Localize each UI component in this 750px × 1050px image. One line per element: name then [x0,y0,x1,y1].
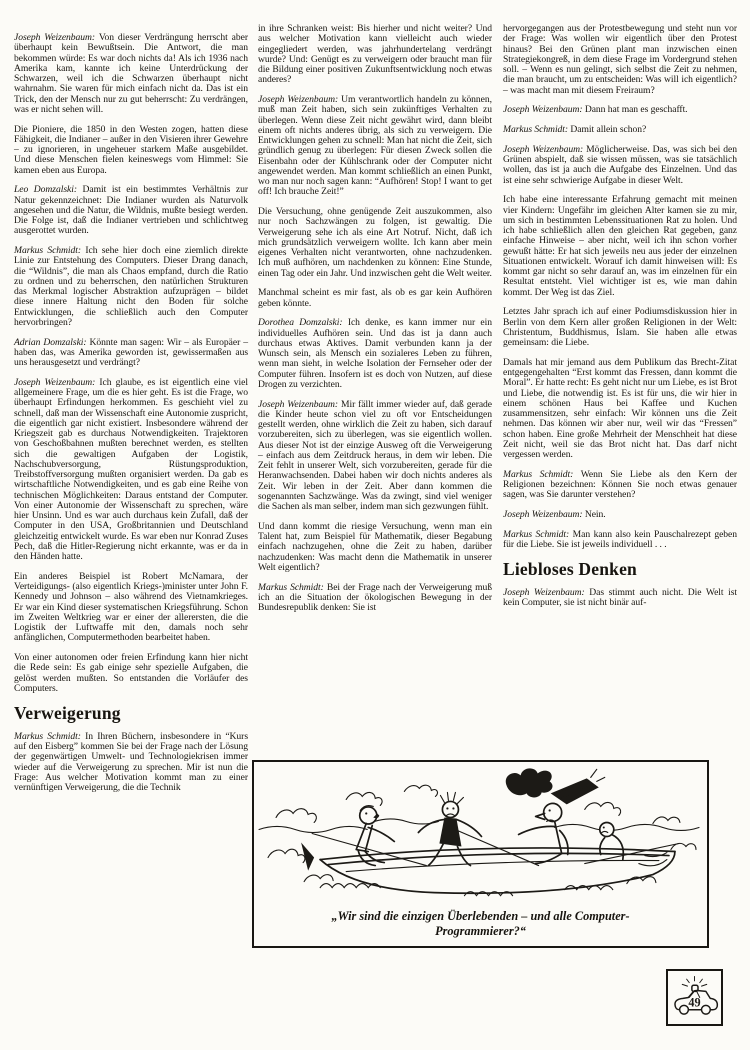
sinking-ship-icon [506,768,605,804]
paragraph-text: Nein. [585,509,606,520]
paragraph: Manchmal scheint es mir fast, als ob es … [258,288,492,309]
paragraph: Joseph Weizenbaum: Nein. [503,510,737,520]
paragraph-text: hervorgegangen aus der Protestbewegung u… [503,23,737,96]
text-column-3: hervorgegangen aus der Protestbewegung u… [503,24,737,618]
page-number: 49 [688,995,700,1009]
text-column-2: in ihre Schranken weist: Bis hierher und… [258,24,492,623]
rowboat-cartoon-drawing [254,762,707,909]
paragraph: Joseph Weizenbaum: Von dieser Verdrängun… [14,33,248,115]
paragraph: Leo Domzalski: Damit ist ein bestimmtes … [14,185,248,236]
page-number-badge: 49 [666,969,723,1026]
section-heading-verweigerung: Verweigerung [14,704,248,723]
cartoon-caption: „Wir sind die einzigen Überlebenden – un… [254,909,707,946]
paragraph-text: in ihre Schranken weist: Bis hierher und… [258,23,492,85]
paragraph: Markus Schmidt: Wenn Sie Liebe als den K… [503,470,737,501]
paragraph-text: Dann hat man es geschafft. [585,104,688,115]
paragraph-text: Ich habe eine interessante Erfahrung gem… [503,194,737,297]
paragraph-text: Die Pioniere, die 1850 in den Westen zog… [14,124,248,176]
paragraph: Joseph Weizenbaum: Dann hat man es gesch… [503,105,737,115]
paragraph-text: Manchmal scheint es mir fast, als ob es … [258,287,492,308]
paragraph: Damals hat mir jemand aus dem Publikum d… [503,358,737,461]
police-car-icon: 49 [670,973,719,1022]
section-heading-liebloses-denken: Liebloses Denken [503,560,737,579]
cartoon-illustration: „Wir sind die einzigen Überlebenden – un… [252,760,709,948]
speaker-name: Markus Schmidt: [503,124,568,135]
paragraph: Von einer autonomen oder freien Erfindun… [14,653,248,694]
paragraph-text: Ein anderes Beispiel ist Robert McNamara… [14,571,248,644]
paragraph: Markus Schmidt: Man kann also kein Pausc… [503,530,737,551]
rowboat-icon [301,827,679,893]
paragraph: Letztes Jahr sprach ich auf einer Podium… [503,307,737,348]
paragraph-text: Die Versuchung, ohne genügende Zeit ausz… [258,206,492,279]
paragraph: Joseph Weizenbaum: Ich glaube, es ist ei… [14,378,248,563]
paragraph-text: Letztes Jahr sprach ich auf einer Podium… [503,306,737,348]
paragraph-text: Von dieser Verdrängung herrscht aber übe… [14,32,248,115]
text-column-1: Joseph Weizenbaum: Von dieser Verdrängun… [14,24,248,803]
paragraph-text: Ich denke, es kann immer nur ein individ… [258,317,492,390]
magazine-page: Joseph Weizenbaum: Von dieser Verdrängun… [0,0,750,1050]
paragraph: Markus Schmidt: Ich sehe hier doch eine … [14,246,248,328]
paragraph-text: Damals hat mir jemand aus dem Publikum d… [503,357,737,460]
paragraph-text: Und dann kommt die riesige Versuchung, w… [258,521,492,573]
paragraph-text: Ich glaube, es ist eigentlich eine viel … [14,377,248,562]
paragraph: Ich habe eine interessante Erfahrung gem… [503,195,737,298]
paragraph-text: Ich sehe hier doch eine ziemlich direkte… [14,245,248,328]
paragraph: Dorothea Domzalski: Ich denke, es kann i… [258,318,492,390]
paragraph: Markus Schmidt: Damit allein schon? [503,125,737,135]
paragraph: Joseph Weizenbaum: Das stimmt auch nicht… [503,588,737,609]
paragraph-text: In Ihren Büchern, insbesondere in “Kurs … [14,731,248,793]
paragraph: Die Versuchung, ohne genügende Zeit ausz… [258,207,492,279]
paragraph-text: Mir fällt immer wieder auf, daß gerade d… [258,399,492,513]
paragraph: in ihre Schranken weist: Bis hierher und… [258,24,492,86]
paragraph: Und dann kommt die riesige Versuchung, w… [258,522,492,573]
speaker-name: Joseph Weizenbaum: [503,509,582,520]
paragraph: Joseph Weizenbaum: Möglicherweise. Das, … [503,145,737,186]
paragraph-text: Um verantwortlich handeln zu können, muß… [258,94,492,197]
paragraph-text: Damit allein schon? [570,124,646,135]
paragraph: Markus Schmidt: In Ihren Büchern, insbes… [14,732,248,794]
paragraph: hervorgegangen aus der Protestbewegung u… [503,24,737,96]
paragraph: Joseph Weizenbaum: Mir fällt immer wiede… [258,400,492,513]
paragraph: Joseph Weizenbaum: Um verantwortlich han… [258,95,492,198]
paragraph: Ein anderes Beispiel ist Robert McNamara… [14,572,248,644]
paragraph: Adrian Domzalski: Könnte man sagen: Wir … [14,338,248,369]
paragraph-text: Von einer autonomen oder freien Erfindun… [14,652,248,694]
paragraph: Markus Schmidt: Bei der Frage nach der V… [258,583,492,614]
paragraph: Die Pioniere, die 1850 in den Westen zog… [14,125,248,176]
speaker-name: Joseph Weizenbaum: [503,104,582,115]
